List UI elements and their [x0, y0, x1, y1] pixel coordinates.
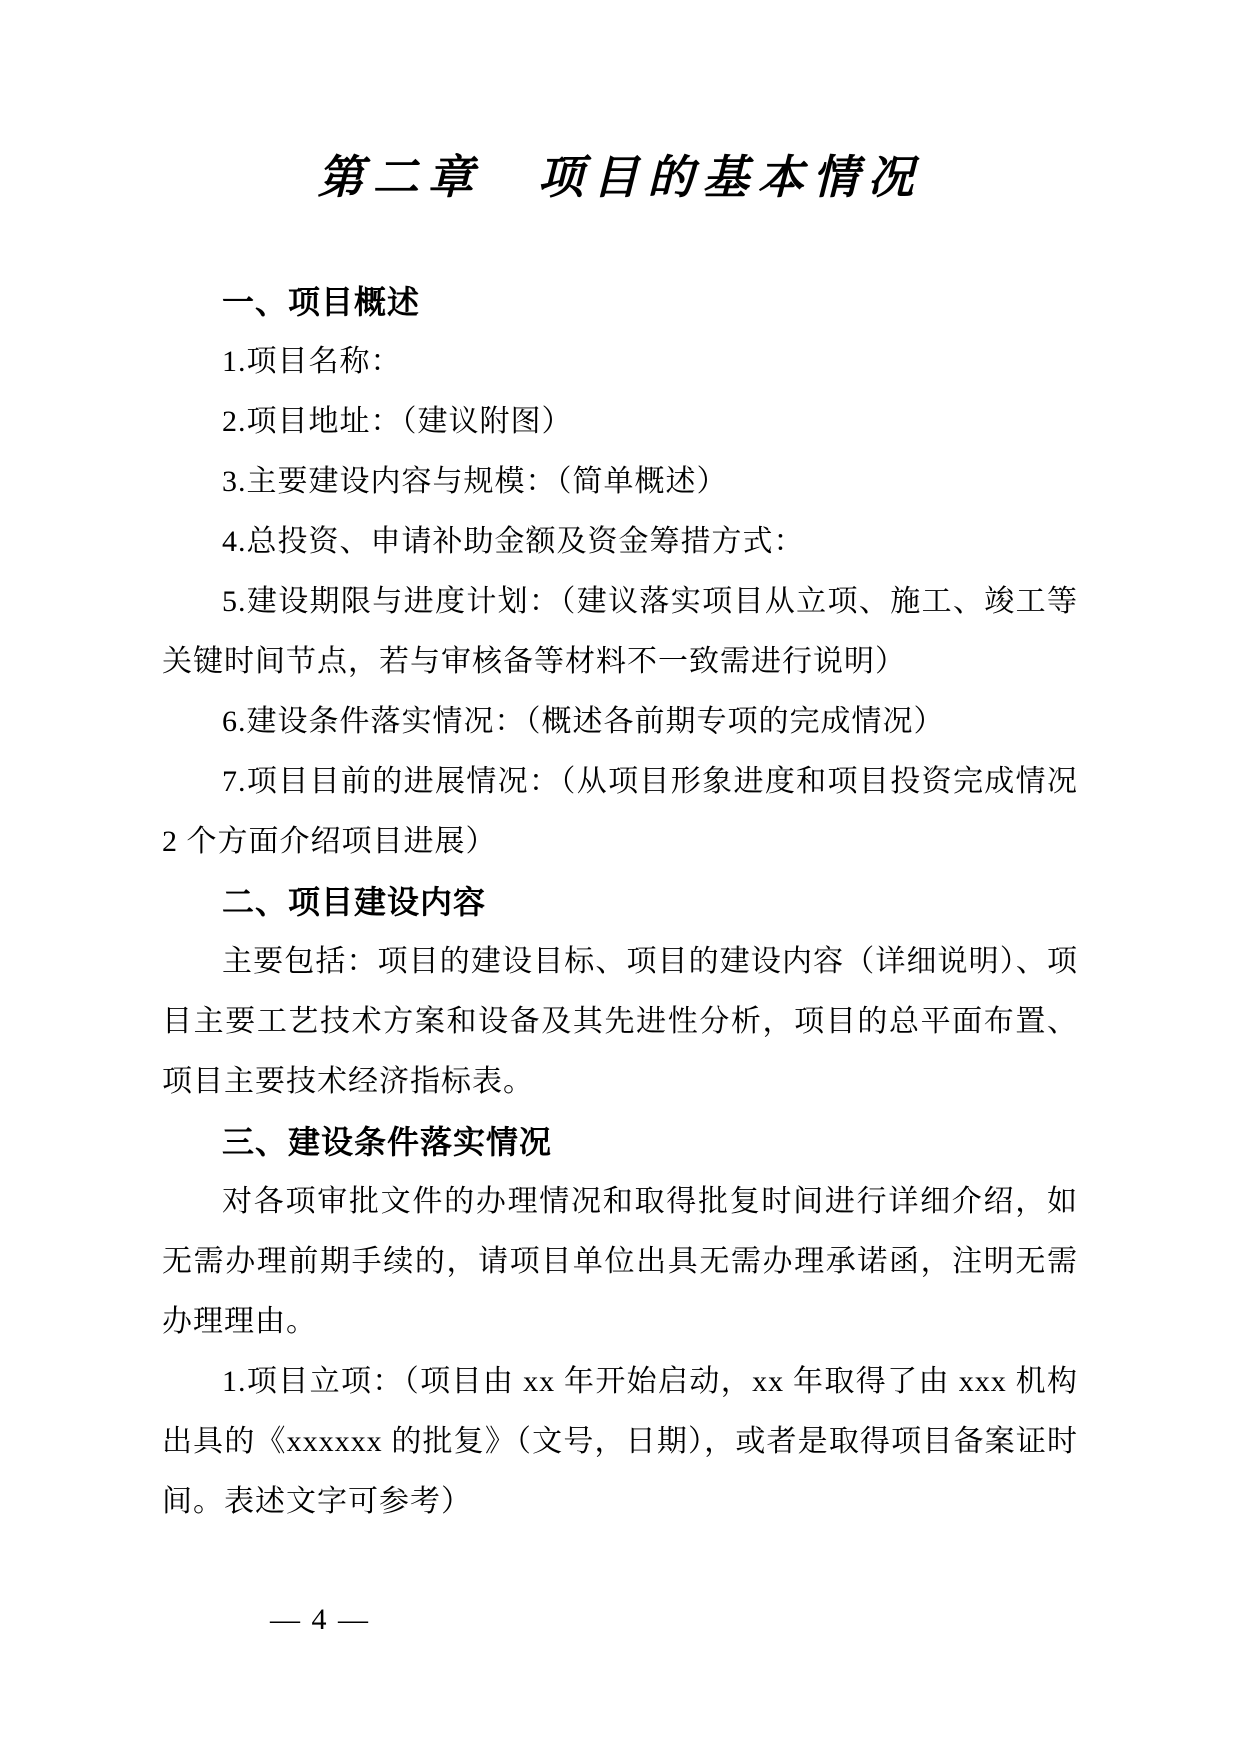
paragraph-item-6: 6.建设条件落实情况：（概述各前期专项的完成情况）	[162, 692, 1078, 752]
section-heading-1: 一、项目概述	[162, 272, 1078, 332]
paragraph-section3: 对各项审批文件的办理情况和取得批复时间进行详细介绍，如无需办理前期手续的，请项目…	[162, 1172, 1078, 1352]
section-heading-2: 二、项目建设内容	[162, 872, 1078, 932]
chapter-title: 第二章 项目的基本情况	[0, 0, 1240, 206]
paragraph-item-1: 1.项目名称：	[162, 332, 1078, 392]
paragraph-item-lixiang: 1.项目立项：（项目由 xx 年开始启动，xx 年取得了由 xxx 机构出具的《…	[162, 1352, 1078, 1532]
paragraph-item-3: 3.主要建设内容与规模：（简单概述）	[162, 452, 1078, 512]
page-footer: — 4 —	[270, 1600, 370, 1640]
section-heading-3: 三、建设条件落实情况	[162, 1112, 1078, 1172]
paragraph-item-4: 4.总投资、申请补助金额及资金筹措方式：	[162, 512, 1078, 572]
paragraph-item-7: 7.项目目前的进展情况：（从项目形象进度和项目投资完成情况 2 个方面介绍项目进…	[162, 752, 1078, 872]
page-number: — 4 —	[270, 1603, 370, 1636]
paragraph-item-5: 5.建设期限与进度计划：（建议落实项目从立项、施工、竣工等关键时间节点，若与审核…	[162, 572, 1078, 692]
document-body: 一、项目概述 1.项目名称： 2.项目地址：（建议附图） 3.主要建设内容与规模…	[162, 272, 1078, 1532]
paragraph-section2: 主要包括：项目的建设目标、项目的建设内容（详细说明）、项目主要工艺技术方案和设备…	[162, 932, 1078, 1112]
paragraph-item-2: 2.项目地址：（建议附图）	[162, 392, 1078, 452]
document-page: 第二章 项目的基本情况 一、项目概述 1.项目名称： 2.项目地址：（建议附图）…	[0, 0, 1240, 1753]
